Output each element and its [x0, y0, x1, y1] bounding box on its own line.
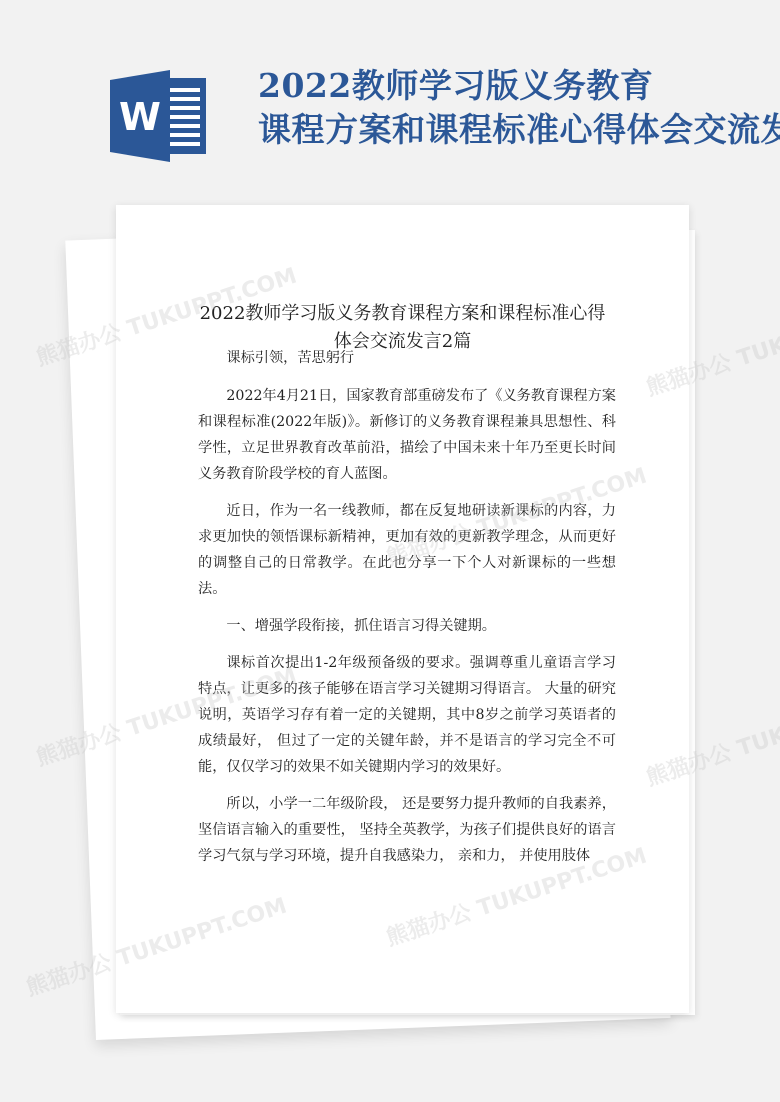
- paragraph: 2022年4月21日，国家教育部重磅发布了《义务教育课程方案和课程标准(2022…: [198, 383, 616, 487]
- banner-title-line2: 课程方案和课程标准心得体会交流发言2: [258, 108, 780, 152]
- svg-text:W: W: [119, 95, 161, 139]
- paragraph: 所以，小学一二年级阶段， 还是要努力提升教师的自我素养，坚信语言输入的重要性， …: [198, 791, 616, 869]
- paragraph-subtitle: 课标引领，苦思躬行: [198, 345, 616, 371]
- banner-title-line1: 2022教师学习版义务教育: [258, 64, 780, 108]
- section-heading: 一、增强学段衔接，抓住语言习得关键期。: [198, 613, 616, 639]
- word-document-icon: W: [108, 68, 210, 164]
- document-title-line1: 2022教师学习版义务教育课程方案和课程标准心得: [116, 300, 689, 328]
- header-banner: W 2022教师学习版义务教育 课程方案和课程标准心得体会交流发言2: [0, 0, 780, 200]
- paragraph: 近日，作为一名一线教师，都在反复地研读新课标的内容，力求更加快的领悟课标新精神，…: [198, 498, 616, 602]
- document-page: 2022教师学习版义务教育课程方案和课程标准心得 体会交流发言2篇 课标引领，苦…: [116, 205, 689, 1013]
- document-body: 课标引领，苦思躬行 2022年4月21日，国家教育部重磅发布了《义务教育课程方案…: [198, 345, 616, 880]
- banner-title: 2022教师学习版义务教育 课程方案和课程标准心得体会交流发言2: [258, 64, 780, 152]
- paragraph: 课标首次提出1-2年级预备级的要求。强调尊重儿童语言学习特点，让更多的孩子能够在…: [198, 650, 616, 780]
